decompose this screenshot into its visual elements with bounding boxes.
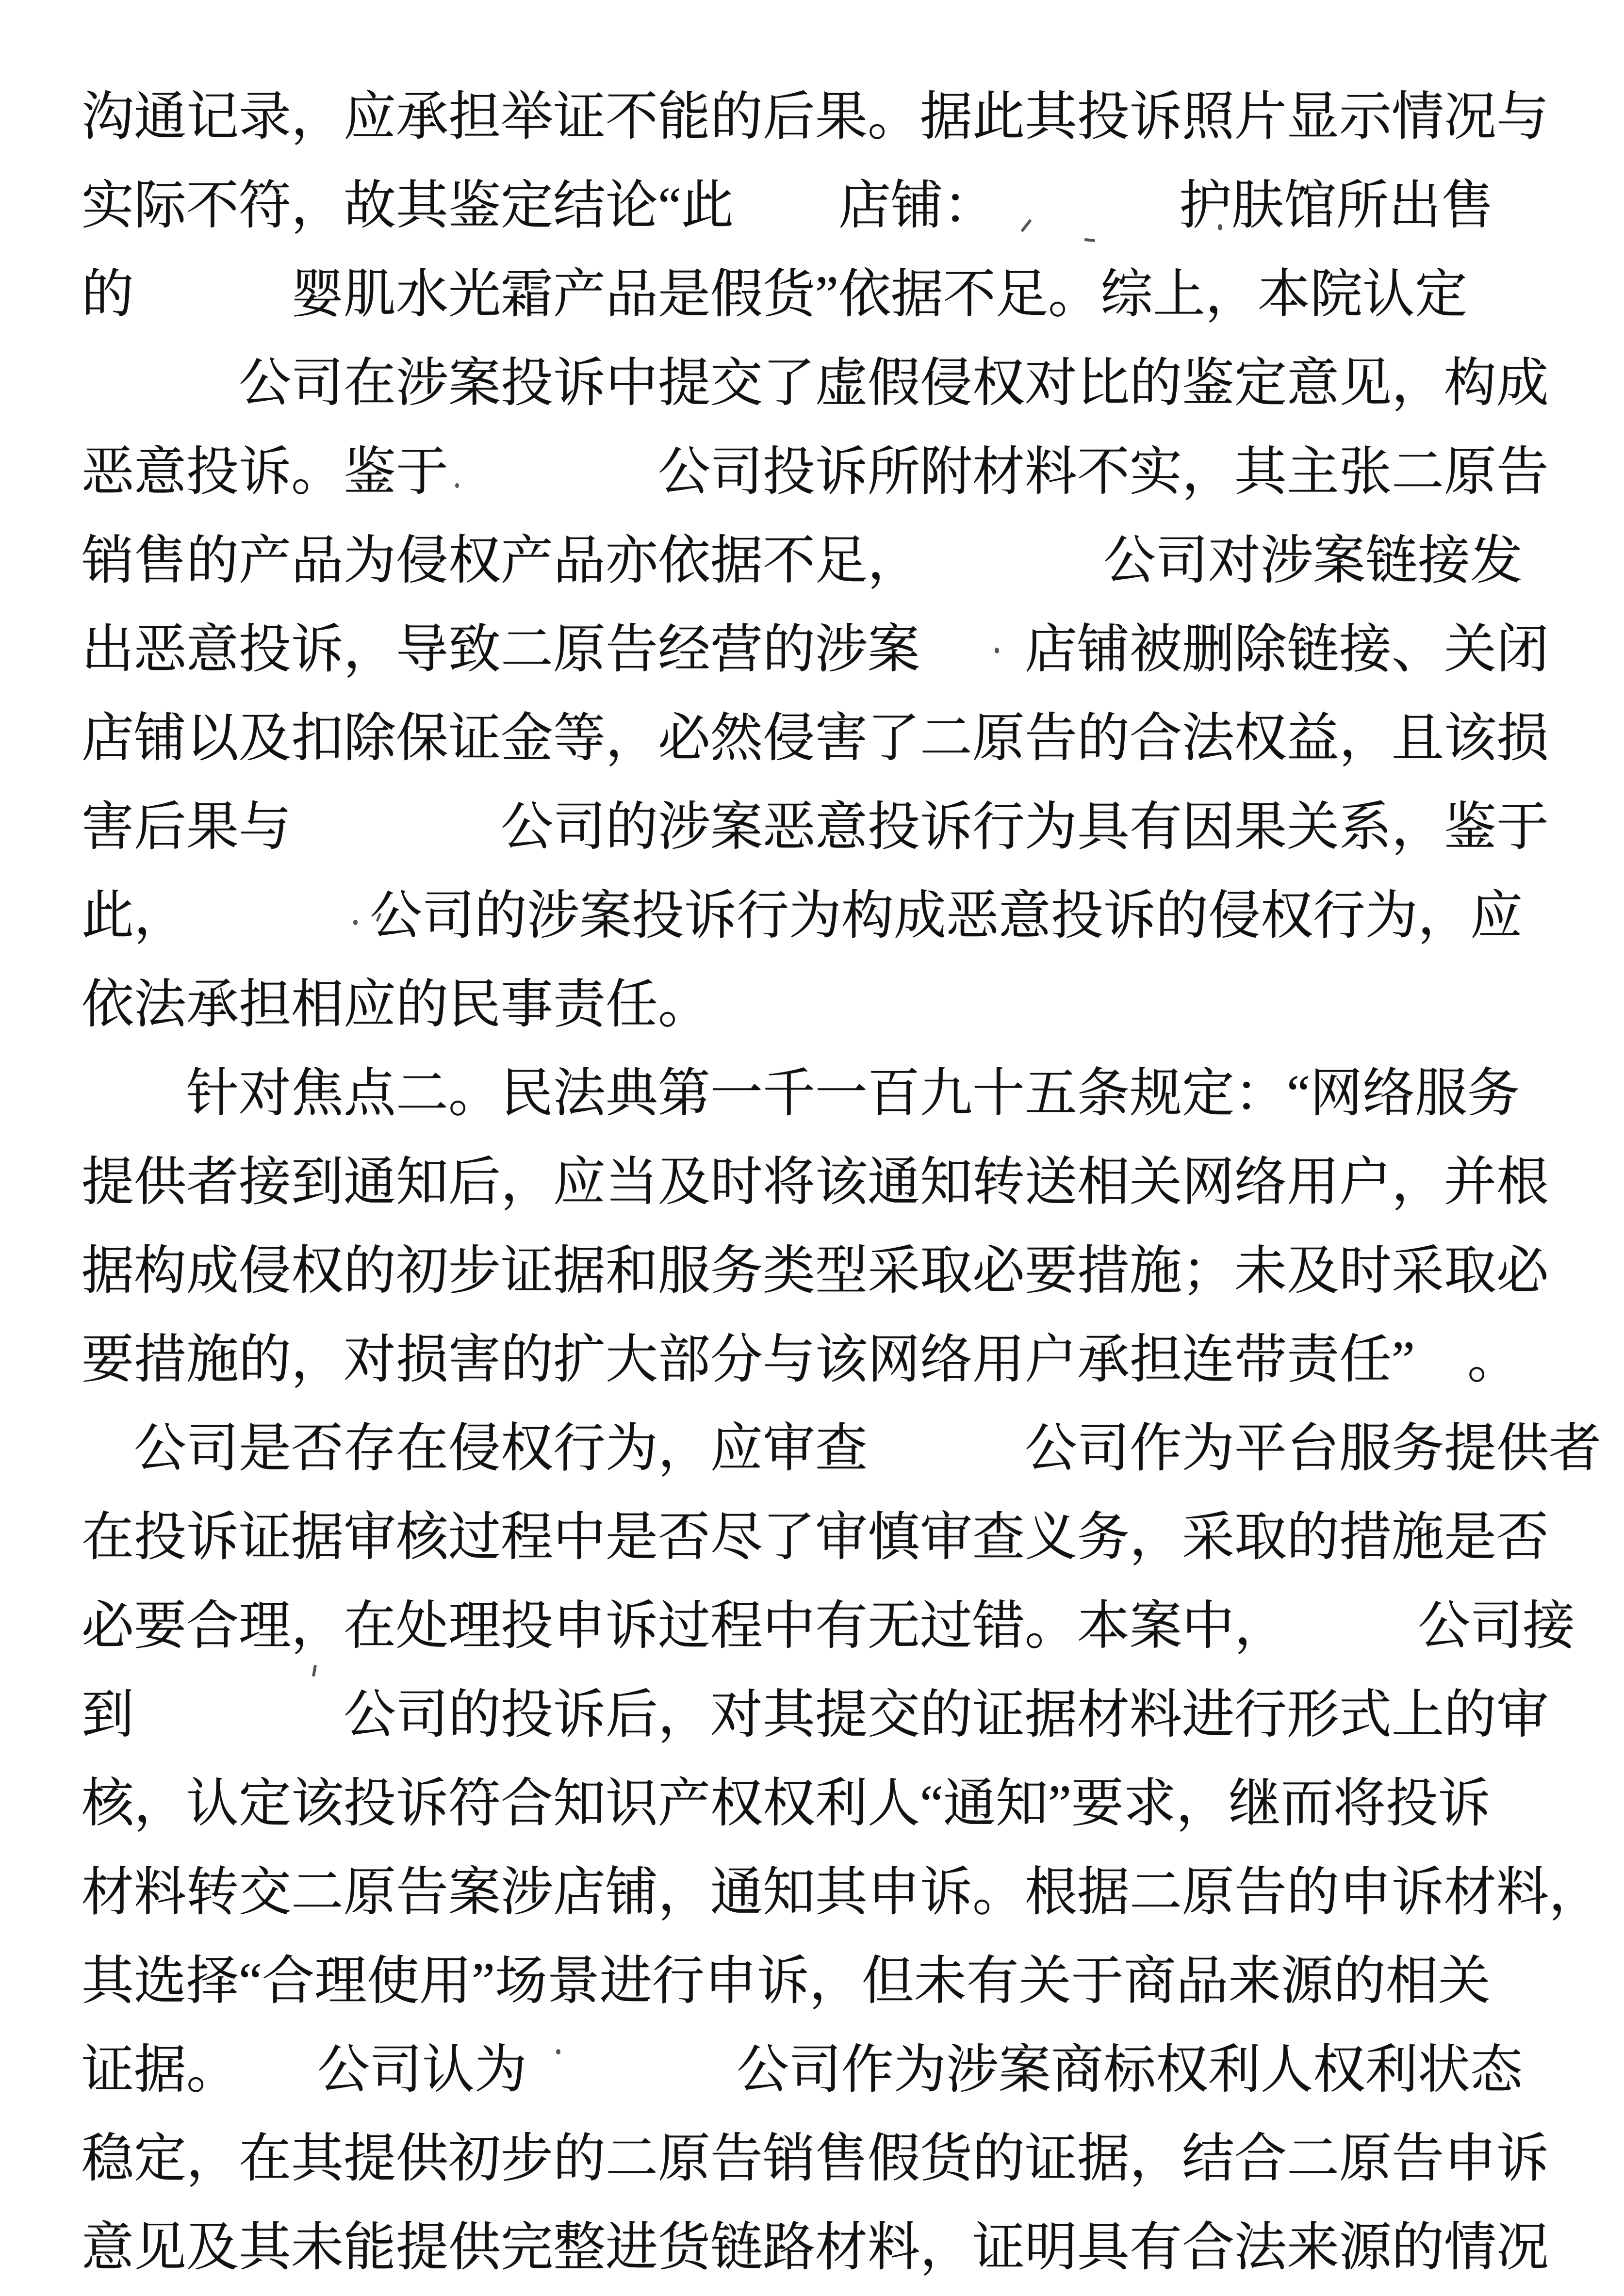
text-line: 出恶意投诉，导致二原告经营的涉案 店铺被删除链接、关闭 <box>82 605 1605 694</box>
text-line: 证据。 公司认为 公司作为涉案商标权利人权利状态 <box>82 2026 1605 2115</box>
redaction-smudge-mark <box>455 483 459 488</box>
text-line: 害后果与 公司的涉案恶意投诉行为具有因果关系，鉴于 <box>82 783 1605 872</box>
text-line: 意见及其未能提供完整进货链路材料，证明具有合法来源的情况 <box>82 2203 1605 2292</box>
redaction-smudge-mark <box>1218 224 1222 230</box>
text-line: 要措施的，对损害的扩大部分与该网络用户承担连带责任” 。 <box>82 1316 1605 1404</box>
judgment-scan-page: 沟通记录，应承担举证不能的后果。据此其投诉照片显示情况与 实际不符，故其鉴定结论… <box>0 0 1624 2296</box>
text-line: 在投诉证据审核过程中是否尽了审慎审查义务，采取的措施是否 <box>82 1493 1605 1582</box>
text-line: 恶意投诉。鉴于 公司投诉所附材料不实，其主张二原告 <box>82 428 1605 517</box>
text-line: 核，认定该投诉符合知识产权权利人“通知”要求，继而将投诉 <box>82 1759 1605 1848</box>
text-line: 的 婴肌水光霜产品是假货”依据不足。综上，本院认定 <box>82 250 1605 339</box>
text-line: 店铺以及扣除保证金等，必然侵害了二原告的合法权益，且该损 <box>82 694 1605 783</box>
text-line: 依法承担相应的民事责任。 <box>82 961 1605 1049</box>
text-line: 到 公司的投诉后，对其提交的证据材料进行形式上的审 <box>82 1671 1605 1759</box>
judgment-text-block: 沟通记录，应承担举证不能的后果。据此其投诉照片显示情况与 实际不符，故其鉴定结论… <box>82 73 1605 2292</box>
text-line: 此， 公司的涉案投诉行为构成恶意投诉的侵权行为，应 <box>82 872 1605 961</box>
text-line: 必要合理，在处理投申诉过程中有无过错。本案中， 公司接 <box>82 1582 1605 1671</box>
text-line: 公司在涉案投诉中提交了虚假侵权对比的鉴定意见，构成 <box>82 339 1605 428</box>
redaction-smudge-mark <box>995 648 999 653</box>
text-line: 据构成侵权的初步证据和服务类型采取必要措施；未及时采取必 <box>82 1227 1605 1316</box>
redaction-smudge-mark <box>556 2049 560 2054</box>
text-line: 稳定，在其提供初步的二原告销售假货的证据，结合二原告申诉 <box>82 2115 1605 2203</box>
text-line: 针对焦点二。民法典第一千一百九十五条规定：“网络服务 <box>82 1049 1605 1138</box>
text-line: 公司是否存在侵权行为，应审查 公司作为平台服务提供者 <box>82 1404 1605 1493</box>
text-line: 销售的产品为侵权产品亦依据不足， 公司对涉案链接发 <box>82 517 1605 605</box>
text-line: 沟通记录，应承担举证不能的后果。据此其投诉照片显示情况与 <box>82 73 1605 162</box>
text-line: 实际不符，故其鉴定结论“此 店铺： 护肤馆所出售 <box>82 162 1605 250</box>
text-line: 其选择“合理使用”场景进行申诉，但未有关于商品来源的相关 <box>82 1937 1605 2026</box>
text-line: 材料转交二原告案涉店铺，通知其申诉。根据二原告的申诉材料， <box>82 1848 1605 1937</box>
redaction-smudge-mark <box>353 920 358 925</box>
text-line: 提供者接到通知后，应当及时将该通知转送相关网络用户，并根 <box>82 1138 1605 1227</box>
